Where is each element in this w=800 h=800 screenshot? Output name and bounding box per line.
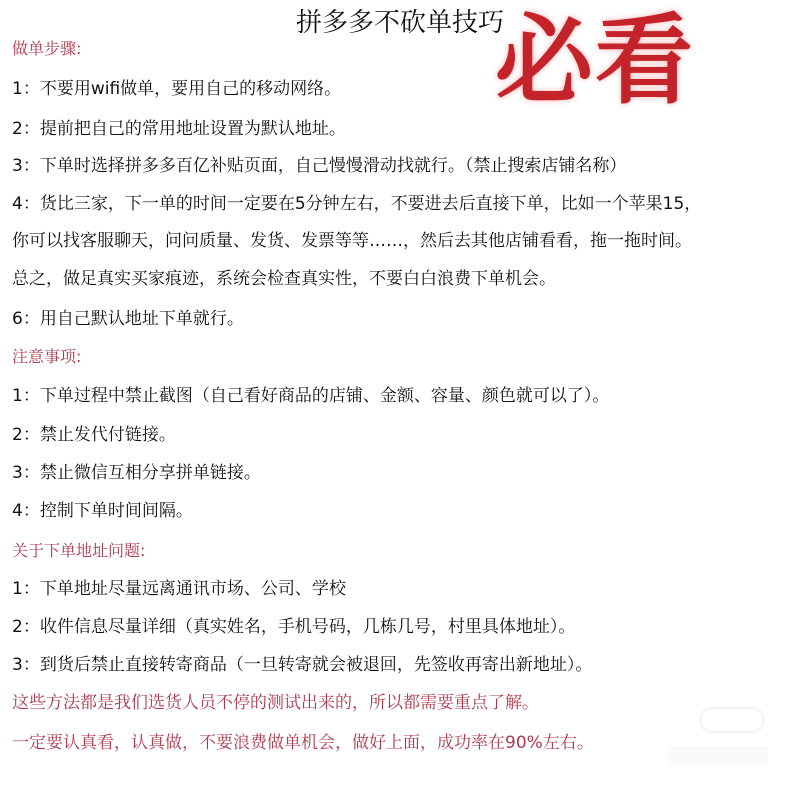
list-item: 4：控制下单时间间隔。 — [12, 500, 193, 522]
list-item: 2：提前把自己的常用地址设置为默认地址。 — [12, 118, 346, 140]
list-item: 1：下单过程中禁止截图（自己看好商品的店铺、金额、容量、颜色就可以了）。 — [12, 385, 609, 407]
list-item: 3：下单时选择拼多多百亿补贴页面，自己慢慢滑动找就行。（禁止搜索店铺名称） — [12, 155, 626, 177]
list-item: 1：下单地址尽量远离通讯市场、公司、学校 — [12, 578, 346, 600]
list-item: 3：到货后禁止直接转寄商品（一旦转寄就会被退回，先签收再寄出新地址）。 — [12, 654, 592, 676]
watermark-logo-icon — [700, 707, 764, 733]
footer-note: 这些方法都是我们选货人员不停的测试出来的，所以都需要重点了解。 — [12, 692, 539, 714]
list-item: 2：收件信息尽量详细（真实姓名，手机号码，几栋几号，村里具体地址）。 — [12, 616, 575, 638]
list-item: 你可以找客服聊天，问问质量、发货、发票等等……，然后去其他店铺看看，拖一拖时间。 — [12, 230, 692, 252]
list-item: 1：不要用wifi做单，要用自己的移动网络。 — [12, 78, 341, 100]
list-item: 4：货比三家，下一单的时间一定要在5分钟左右，不要进去后直接下单，比如一个苹果1… — [12, 193, 701, 215]
footer-note: 一定要认真看，认真做，不要浪费做单机会，做好上面，成功率在90%左右。 — [12, 732, 594, 754]
list-item: 总之，做足真实买家痕迹，系统会检查真实性，不要白白浪费下单机会。 — [12, 268, 556, 290]
section-heading-notes: 注意事项: — [12, 346, 81, 368]
list-item: 6：用自己默认地址下单就行。 — [12, 308, 244, 330]
watermark-text — [668, 745, 768, 765]
section-heading-address: 关于下单地址问题: — [12, 540, 145, 562]
section-heading-steps: 做单步骤: — [12, 38, 81, 60]
list-item: 3：禁止微信互相分享拼单链接。 — [12, 462, 261, 484]
list-item: 2：禁止发代付链接。 — [12, 424, 176, 446]
must-read-stamp: 必看 — [495, 12, 695, 110]
